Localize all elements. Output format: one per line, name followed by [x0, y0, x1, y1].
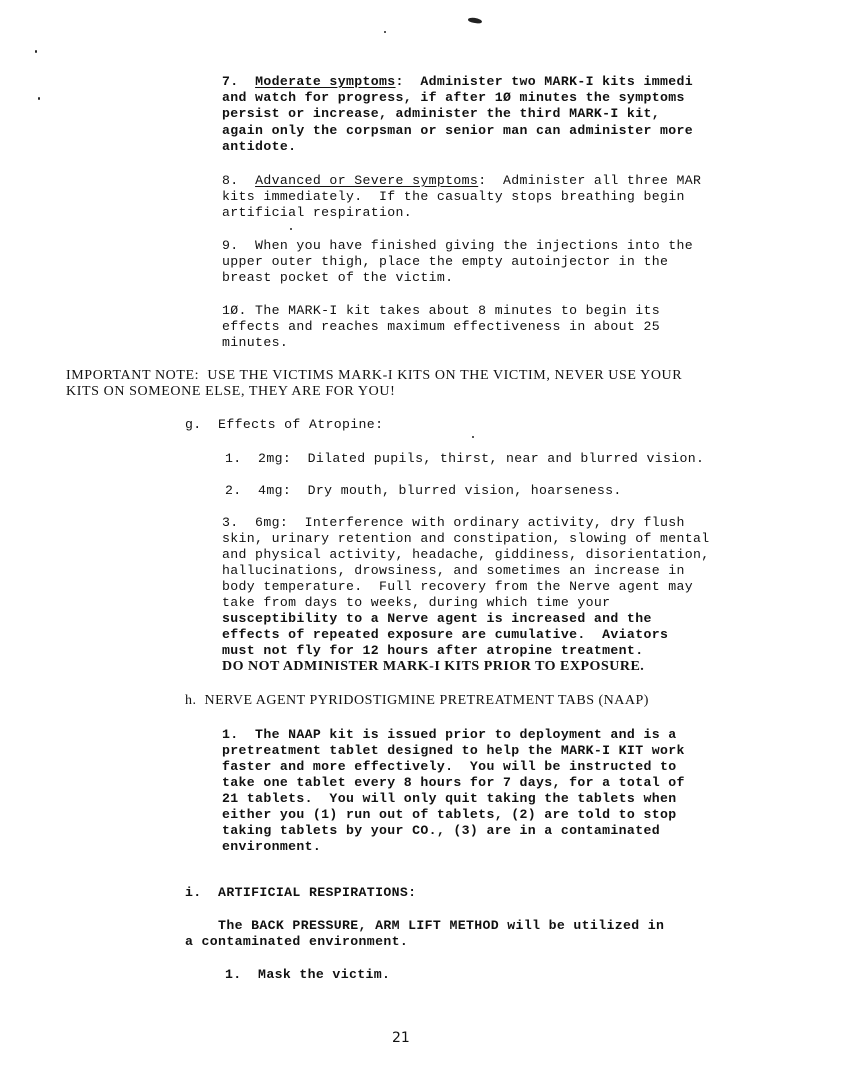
- text-line: either you (1) run out of tablets, (2) a…: [222, 807, 677, 823]
- item-heading: Moderate symptoms: [255, 74, 395, 89]
- item-number: 8.: [222, 173, 239, 188]
- text-line: again only the corpsman or senior man ca…: [222, 123, 693, 139]
- text-line: taking tablets by your CO., (3) are in a…: [222, 823, 660, 839]
- document-page: 7. Moderate symptoms: Administer two MAR…: [0, 0, 850, 1090]
- warning-line: DO NOT ADMINISTER MARK-I KITS PRIOR TO E…: [222, 659, 644, 675]
- text-line: hallucinations, drowsiness, and sometime…: [222, 563, 685, 579]
- item-text: : Administer all three MAR: [478, 173, 701, 188]
- section-heading: h. NERVE AGENT PYRIDOSTIGMINE PRETREATME…: [185, 693, 649, 709]
- text-line: 21 tablets. You will only quit taking th…: [222, 791, 677, 807]
- text-line: 1Ø. The MARK-I kit takes about 8 minutes…: [222, 303, 660, 319]
- scan-artifact-speck: [38, 97, 40, 100]
- text-line: and watch for progress, if after 1Ø minu…: [222, 90, 685, 106]
- text-line: effects of repeated exposure are cumulat…: [222, 627, 668, 643]
- text-line: environment.: [222, 839, 321, 855]
- text-line: artificial respiration.: [222, 205, 412, 221]
- scan-artifact-blot: [468, 17, 483, 24]
- text-line: faster and more effectively. You will be…: [222, 759, 677, 775]
- text-line: persist or increase, administer the thir…: [222, 106, 660, 122]
- section-heading: g. Effects of Atropine:: [185, 417, 383, 433]
- text-line: minutes.: [222, 335, 288, 351]
- text-line: pretreatment tablet designed to help the…: [222, 743, 685, 759]
- text-line: take one tablet every 8 hours for 7 days…: [222, 775, 685, 791]
- text-line: kits immediately. If the casualty stops …: [222, 189, 685, 205]
- text-line: 7. Moderate symptoms: Administer two MAR…: [222, 74, 693, 90]
- text-line: KITS ON SOMEONE ELSE, THEY ARE FOR YOU!: [66, 384, 395, 400]
- text-line: The BACK PRESSURE, ARM LIFT METHOD will …: [185, 918, 664, 934]
- scan-artifact-speck: [290, 228, 292, 230]
- text-line: susceptibility to a Nerve agent is incre…: [222, 611, 652, 627]
- page-number: 21: [392, 1030, 410, 1046]
- item-text: : Administer two MARK-I kits immedi: [396, 74, 694, 89]
- text-line: IMPORTANT NOTE: USE THE VICTIMS MARK-I K…: [66, 368, 682, 384]
- scan-artifact-speck: [384, 31, 386, 33]
- text-line: upper outer thigh, place the empty autoi…: [222, 254, 668, 270]
- text-line: 1. Mask the victim.: [225, 967, 390, 983]
- text-line: breast pocket of the victim.: [222, 270, 453, 286]
- text-line: 1. The NAAP kit is issued prior to deplo…: [222, 727, 677, 743]
- text-line: and physical activity, headache, giddine…: [222, 547, 710, 563]
- text-line: a contaminated environment.: [185, 934, 408, 950]
- item-number: 7.: [222, 74, 239, 89]
- text-line: 9. When you have finished giving the inj…: [222, 238, 693, 254]
- text-line: 1. 2mg: Dilated pupils, thirst, near and…: [225, 451, 704, 467]
- text-line: 8. Advanced or Severe symptoms: Administ…: [222, 173, 701, 189]
- scan-artifact-speck: [472, 436, 474, 438]
- scan-artifact-speck: [35, 50, 37, 53]
- text-line: 2. 4mg: Dry mouth, blurred vision, hoars…: [225, 483, 622, 499]
- text-line: must not fly for 12 hours after atropine…: [222, 643, 643, 659]
- text-line: effects and reaches maximum effectivenes…: [222, 319, 660, 335]
- section-heading: i. ARTIFICIAL RESPIRATIONS:: [185, 885, 416, 901]
- item-heading: Advanced or Severe symptoms: [255, 173, 478, 188]
- text-line: take from days to weeks, during which ti…: [222, 595, 610, 611]
- text-line: skin, urinary retention and constipation…: [222, 531, 710, 547]
- text-line: body temperature. Full recovery from the…: [222, 579, 693, 595]
- text-line: 3. 6mg: Interference with ordinary activ…: [222, 515, 685, 531]
- text-line: antidote.: [222, 139, 296, 155]
